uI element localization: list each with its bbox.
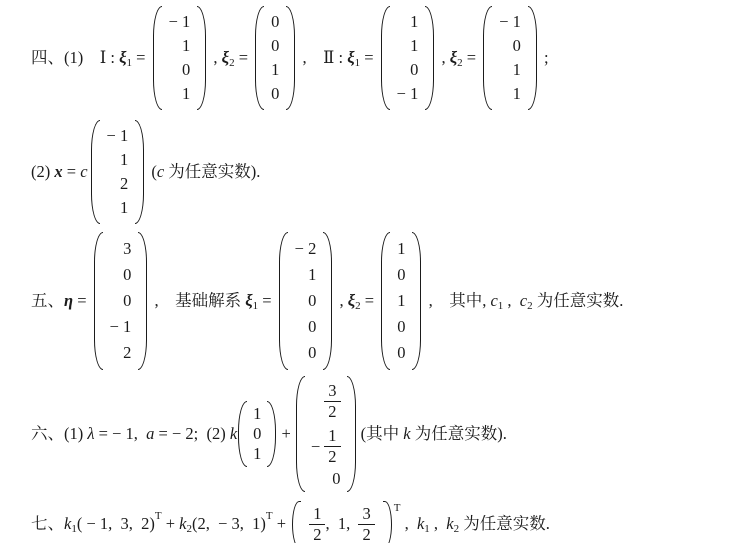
left-paren	[483, 6, 492, 110]
vector-cell: 0	[397, 262, 405, 288]
column-vector: 32−120	[296, 376, 356, 492]
text-run: =	[360, 48, 378, 69]
subscript: 2	[355, 300, 361, 314]
vector-cell: 0	[182, 58, 190, 82]
column-vector: 0010	[255, 6, 295, 110]
text-run: , 其中,	[424, 291, 490, 312]
right-paren	[286, 6, 295, 110]
vector-cell: 0	[308, 340, 316, 366]
answer-row-7: 七、k1( − 1, 3, 2)T + k2(2, − 3, 1)T + 12,…	[31, 500, 750, 543]
left-paren	[381, 232, 390, 370]
vector-cell: 0	[123, 288, 131, 314]
right-paren	[383, 501, 392, 543]
numerator: 3	[324, 381, 340, 402]
paren-group: 12, 1, 32	[292, 501, 392, 543]
column-vector: − 1121	[91, 120, 145, 224]
vector-column: 101	[252, 401, 262, 467]
text-run: (其中	[357, 424, 404, 445]
vector-symbol: ξ	[348, 291, 355, 312]
transpose-superscript: T	[155, 510, 162, 524]
fraction-stack: 32	[358, 504, 374, 543]
vector-cell: 0	[513, 34, 521, 58]
vector-cell: 1	[513, 82, 521, 106]
variable: c	[157, 162, 164, 183]
vector-cell: 0	[410, 58, 418, 82]
subscript: 1	[253, 300, 259, 314]
vector-cell: 0	[123, 262, 131, 288]
subscript: 2	[229, 57, 235, 71]
variable: c	[520, 291, 527, 312]
vector-cell: − 1	[169, 10, 191, 34]
text-run: (2)	[31, 162, 54, 183]
vector-column: − 1121	[105, 120, 131, 224]
vector-symbol: ξ	[222, 48, 229, 69]
text-run: = − 2; (2)	[154, 424, 229, 445]
vector-cell: 0	[308, 288, 316, 314]
vector-cell: 1	[182, 34, 190, 58]
vector-cell: − 1	[107, 124, 129, 148]
vector-symbol: ξ	[347, 48, 354, 69]
text-run: +	[162, 514, 180, 535]
text-run: 为任意实数).	[411, 424, 507, 445]
column-vector: 101	[238, 401, 276, 467]
subscript: 2	[187, 523, 193, 537]
vector-cell: 1	[397, 236, 405, 262]
text-run: 七、	[31, 514, 64, 535]
vector-symbol: ξ	[245, 291, 252, 312]
vector-cell: 2	[120, 172, 128, 196]
text-run: 六、(1)	[31, 424, 87, 445]
vector-column: − 21000	[293, 232, 319, 370]
numerator: 1	[324, 426, 340, 447]
text-run: 为任意实数.	[459, 514, 550, 535]
vector-cell: 2	[123, 340, 131, 366]
right-paren	[528, 6, 537, 110]
vector-cell: 0	[332, 469, 340, 489]
numerator: 1	[309, 504, 325, 525]
left-paren	[255, 6, 264, 110]
left-paren	[292, 501, 301, 543]
text-run: = − 1,	[95, 424, 147, 445]
right-paren	[347, 376, 356, 492]
vector-symbol: η	[64, 291, 73, 312]
variable: k	[230, 424, 237, 445]
variable: c	[490, 291, 497, 312]
text-run: ,	[430, 514, 447, 535]
fraction-stack: 12	[309, 504, 325, 543]
text-run: 四、(1) Ⅰ :	[31, 48, 119, 69]
left-paren	[91, 120, 100, 224]
vector-symbol: ξ	[119, 48, 126, 69]
subscript: 1	[71, 523, 77, 537]
answer-row-4-part1: 四、(1) Ⅰ : ξ1 = − 1101 , ξ2 = 0010 , Ⅱ : …	[31, 6, 750, 110]
vector-cell: 1	[397, 288, 405, 314]
text-run: ,	[400, 514, 417, 535]
numerator: 3	[358, 504, 374, 525]
right-paren	[323, 232, 332, 370]
text-run: =	[258, 291, 276, 312]
text-run: =	[463, 48, 481, 69]
text-run: ,	[335, 291, 347, 312]
vector-cell: 1	[410, 34, 418, 58]
text-run: , 1,	[325, 514, 358, 535]
variable: k	[417, 514, 424, 535]
group-content: 12, 1, 32	[306, 501, 378, 543]
vector-cell: 1	[410, 10, 418, 34]
column-vector: − 1101	[153, 6, 207, 110]
right-paren	[138, 232, 147, 370]
denominator: 2	[324, 402, 340, 422]
vector-cell: 0	[271, 10, 279, 34]
column-vector: − 21000	[279, 232, 333, 370]
answer-row-5: 五、η = 300− 12 , 基础解系 ξ1 = − 21000 , ξ2 =…	[31, 232, 750, 370]
text-run: 五、	[31, 291, 64, 312]
vector-cell: −12	[311, 424, 341, 469]
vector-cell: 1	[513, 58, 521, 82]
vector-symbol: ξ	[450, 48, 457, 69]
left-paren	[94, 232, 103, 370]
vector-cell: 1	[253, 404, 261, 424]
variable: c	[80, 162, 87, 183]
fraction: 32	[324, 381, 340, 422]
vector-cell: 0	[397, 340, 405, 366]
vector-column: − 1101	[167, 6, 193, 110]
transpose-superscript: T	[266, 510, 273, 524]
transpose-superscript: T	[394, 502, 401, 516]
right-paren	[135, 120, 144, 224]
text-run: +	[273, 514, 291, 535]
denominator: 2	[324, 447, 340, 467]
text-run: (	[147, 162, 157, 183]
vector-cell: − 1	[499, 10, 521, 34]
vector-column: − 1011	[497, 6, 523, 110]
vector-cell: 1	[253, 444, 261, 464]
vector-cell: 1	[120, 196, 128, 220]
left-paren	[279, 232, 288, 370]
fraction: −12	[311, 426, 341, 467]
vector-cell: 1	[271, 58, 279, 82]
subscript: 2	[527, 300, 533, 314]
text-run: ( − 1, 3, 2)	[77, 514, 155, 535]
vector-cell: 0	[308, 314, 316, 340]
text-run: =	[361, 291, 379, 312]
right-paren	[267, 401, 276, 467]
vector-cell: − 2	[295, 236, 317, 262]
fraction: 32	[358, 504, 374, 543]
column-vector: 300− 12	[94, 232, 148, 370]
answer-row-6: 六、(1) λ = − 1, a = − 2; (2) k101 + 32−12…	[31, 376, 750, 492]
minus-sign: −	[311, 437, 320, 457]
left-paren	[296, 376, 305, 492]
vector-cell: − 1	[397, 82, 419, 106]
column-vector: 110− 1	[381, 6, 435, 110]
vector-cell: 0	[253, 424, 261, 444]
text-run: , Ⅱ :	[298, 48, 347, 69]
denominator: 2	[309, 525, 325, 543]
fraction-stack: 32	[324, 381, 340, 422]
vector-cell: 0	[271, 82, 279, 106]
right-paren	[197, 6, 206, 110]
vector-column: 300− 12	[108, 232, 134, 370]
fraction: 12	[309, 504, 325, 543]
right-paren	[425, 6, 434, 110]
vector-cell: 1	[308, 262, 316, 288]
answer-sheet-page: 四、(1) Ⅰ : ξ1 = − 1101 , ξ2 = 0010 , Ⅱ : …	[0, 0, 756, 543]
vector-column: 10100	[395, 232, 407, 370]
vector-cell: 1	[120, 148, 128, 172]
column-vector: 10100	[381, 232, 421, 370]
vector-column: 32−120	[310, 376, 342, 492]
variable: λ	[87, 424, 94, 445]
text-run: (2, − 3, 1)	[192, 514, 266, 535]
vector-cell: 3	[123, 236, 131, 262]
vector-cell: 32	[324, 379, 340, 424]
left-paren	[238, 401, 247, 467]
vector-cell: 0	[271, 34, 279, 58]
text-run: =	[63, 162, 81, 183]
denominator: 2	[358, 525, 374, 543]
vector-cell: 1	[182, 82, 190, 106]
subscript: 2	[454, 523, 460, 537]
subscript: 2	[457, 57, 463, 71]
left-paren	[153, 6, 162, 110]
subscript: 1	[355, 57, 361, 71]
variable: k	[64, 514, 71, 535]
text-run: =	[73, 291, 91, 312]
vector-symbol: x	[54, 162, 62, 183]
text-run: ,	[209, 48, 221, 69]
vector-column: 110− 1	[395, 6, 421, 110]
text-run: , 基础解系	[150, 291, 245, 312]
text-run: 为任意实数.	[533, 291, 624, 312]
variable: k	[446, 514, 453, 535]
text-run: ,	[437, 48, 449, 69]
variable: a	[146, 424, 154, 445]
text-run: =	[235, 48, 253, 69]
answer-row-4-part2: (2) x = c− 1121 (c 为任意实数).	[31, 120, 750, 224]
left-paren	[381, 6, 390, 110]
subscript: 1	[424, 523, 430, 537]
variable: k	[403, 424, 410, 445]
vector-cell: − 1	[110, 314, 132, 340]
vector-column: 0010	[269, 6, 281, 110]
text-run: +	[277, 424, 295, 445]
subscript: 1	[498, 300, 504, 314]
variable: k	[179, 514, 186, 535]
text-run: =	[132, 48, 150, 69]
text-run: ;	[540, 48, 549, 69]
text-run: 为任意实数).	[164, 162, 260, 183]
column-vector: − 1011	[483, 6, 537, 110]
subscript: 1	[127, 57, 133, 71]
text-run: ,	[503, 291, 520, 312]
vector-cell: 0	[397, 314, 405, 340]
right-paren	[412, 232, 421, 370]
fraction-stack: 12	[324, 426, 340, 467]
